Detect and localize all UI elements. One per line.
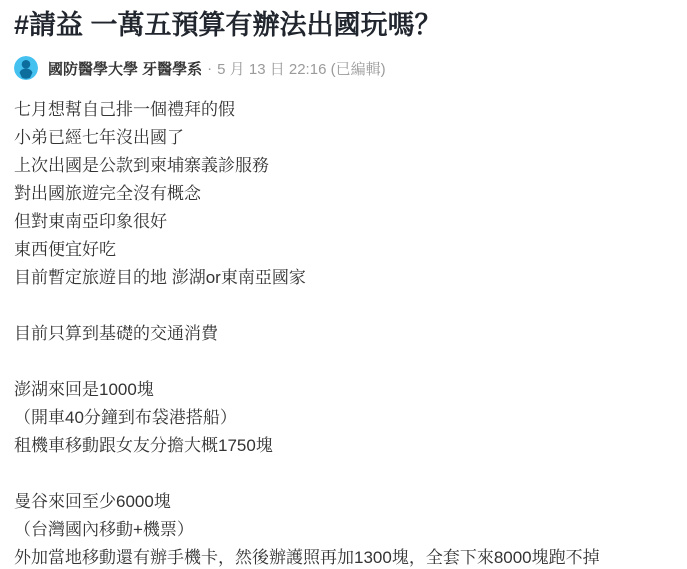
post-body-line: 上次出國是公款到柬埔寨義診服務 bbox=[14, 152, 671, 180]
post-body-line bbox=[14, 348, 671, 376]
post-body-line: 小弟已經七年沒出國了 bbox=[14, 124, 671, 152]
post-container: #請益 一萬五預算有辦法出國玩嗎？ 國防醫學大學 牙醫學系 · 5 月 13 日… bbox=[0, 0, 687, 569]
post-body-line: 租機車移動跟女友分擔大概1750塊 bbox=[14, 432, 671, 460]
author-separator: · bbox=[207, 60, 212, 77]
post-body-line bbox=[14, 292, 671, 320]
post-body-line: 對出國旅遊完全沒有概念 bbox=[14, 180, 671, 208]
post-body: 七月想幫自己排一個禮拜的假小弟已經七年沒出國了上次出國是公款到柬埔寨義診服務對出… bbox=[14, 96, 671, 569]
post-body-line: 外加當地移動還有辦手機卡，然後辦護照再加1300塊，全套下來8000塊跑不掉 bbox=[14, 544, 671, 569]
post-body-line: 目前只算到基礎的交通消費 bbox=[14, 320, 671, 348]
author-row: 國防醫學大學 牙醫學系 · 5 月 13 日 22:16 (已編輯) bbox=[14, 56, 671, 80]
post-body-line: 七月想幫自己排一個禮拜的假 bbox=[14, 96, 671, 124]
post-body-line: 目前暫定旅遊目的地 澎湖or東南亞國家 bbox=[14, 264, 671, 292]
post-body-line: （開車40分鐘到布袋港搭船） bbox=[14, 404, 671, 432]
author-name[interactable]: 國防醫學大學 牙醫學系 bbox=[48, 58, 202, 79]
post-body-line bbox=[14, 460, 671, 488]
post-title: #請益 一萬五預算有辦法出國玩嗎？ bbox=[14, 8, 671, 43]
person-icon bbox=[14, 56, 38, 80]
post-body-line: （台灣國內移動+機票） bbox=[14, 516, 671, 544]
post-body-line: 但對東南亞印象很好 bbox=[14, 208, 671, 236]
post-timestamp: 5 月 13 日 22:16 (已編輯) bbox=[217, 58, 385, 79]
post-body-line: 曼谷來回至少6000塊 bbox=[14, 488, 671, 516]
post-body-line: 澎湖來回是1000塊 bbox=[14, 376, 671, 404]
post-body-line: 東西便宜好吃 bbox=[14, 236, 671, 264]
avatar[interactable] bbox=[14, 56, 38, 80]
